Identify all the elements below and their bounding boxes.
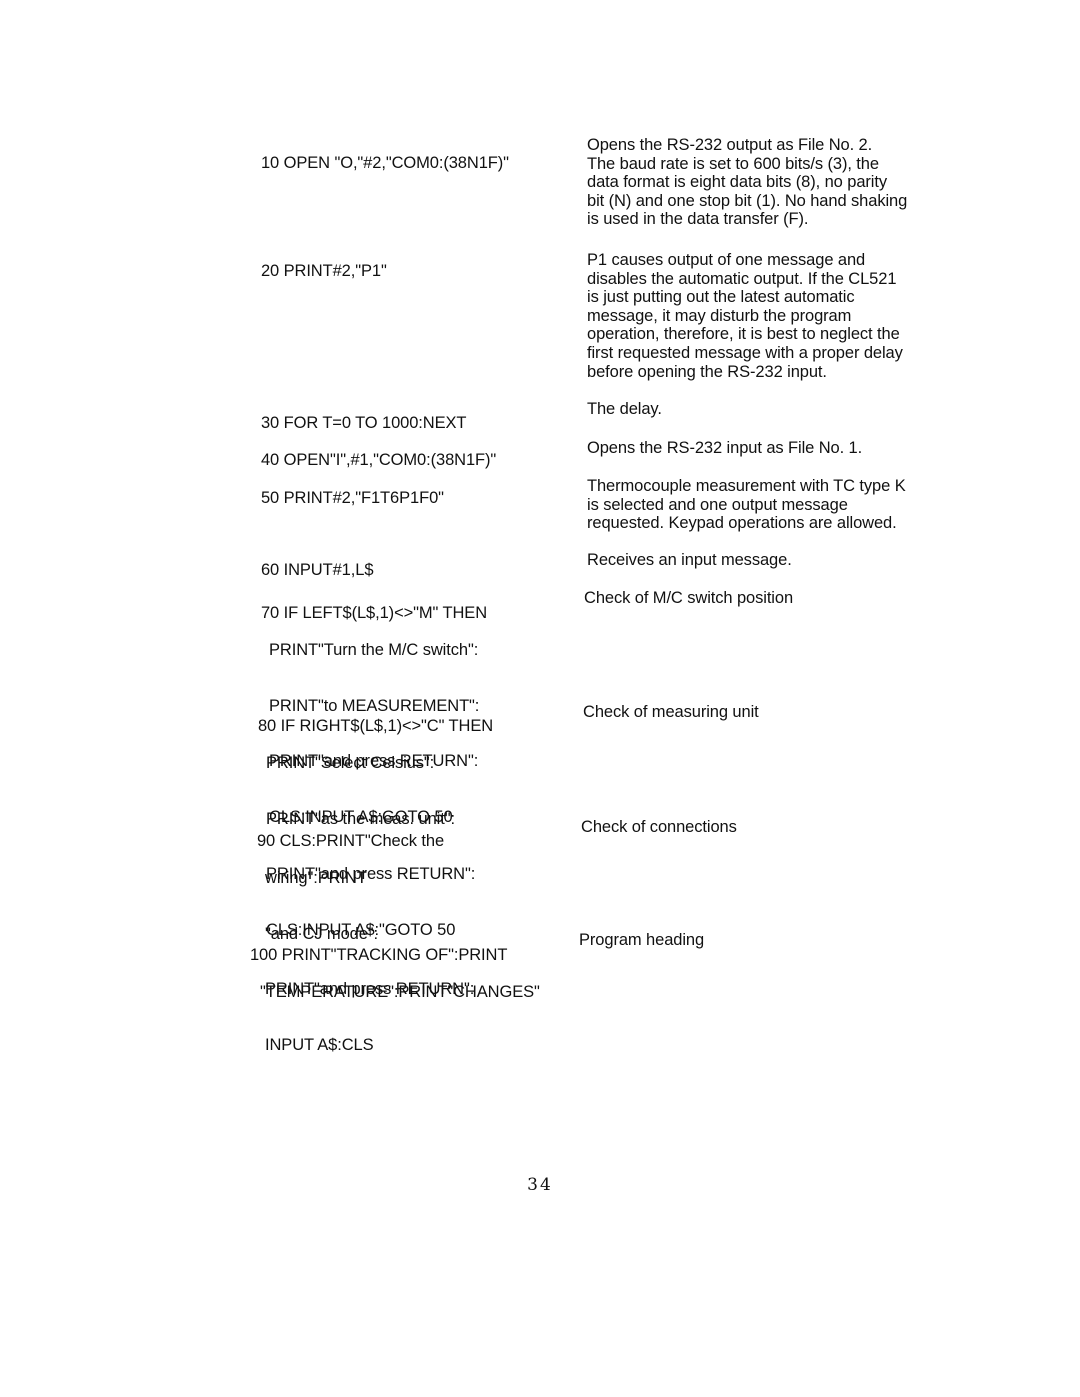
description-text: is just putting out the latest automatic bbox=[587, 288, 947, 307]
code-text: PRINT"Turn the M/C switch": bbox=[252, 641, 487, 660]
description-line-90: Check of connections bbox=[581, 818, 941, 837]
description-text: The baud rate is set to 600 bits/s (3), … bbox=[587, 155, 947, 174]
code-text: 100 PRINT"TRACKING OF":PRINT bbox=[250, 946, 507, 964]
code-text: 40 OPEN"I",#1,"COM0:(38N1F)" bbox=[261, 451, 496, 469]
description-text: is selected and one output message bbox=[587, 496, 947, 515]
description-line-70: Check of M/C switch position bbox=[584, 589, 944, 608]
description-line-40: Opens the RS-232 input as File No. 1. bbox=[587, 439, 947, 458]
code-line-30: 30 FOR T=0 TO 1000:NEXT bbox=[252, 395, 466, 432]
description-text: Check of connections bbox=[581, 818, 941, 837]
description-text: Check of M/C switch position bbox=[584, 589, 944, 608]
description-text: Opens the RS-232 output as File No. 2. bbox=[587, 136, 947, 155]
description-line-50: Thermocouple measurement with TC type K … bbox=[587, 477, 947, 533]
description-text: Receives an input message. bbox=[587, 551, 947, 570]
description-text: bit (N) and one stop bit (1). No hand sh… bbox=[587, 192, 947, 211]
description-text: operation, therefore, it is best to negl… bbox=[587, 325, 947, 344]
description-text: first requested message with a proper de… bbox=[587, 344, 947, 363]
code-text: 70 IF LEFT$(L$,1)<>"M" THEN bbox=[261, 604, 487, 622]
description-text: is used in the data transfer (F). bbox=[587, 210, 947, 229]
description-text: The delay. bbox=[587, 400, 947, 419]
code-line-60: 60 INPUT#1,L$ bbox=[252, 542, 373, 579]
code-text: INPUT A$:CLS bbox=[248, 1036, 474, 1055]
code-line-10: 10 OPEN "O,"#2,"COM0:(38N1F)" bbox=[252, 135, 509, 172]
description-line-20: P1 causes output of one message and disa… bbox=[587, 251, 947, 381]
code-line-100: 100 PRINT"TRACKING OF":PRINT "TEMPERATUR… bbox=[241, 927, 540, 1020]
description-text: Program heading bbox=[579, 931, 939, 950]
code-line-20: 20 PRINT#2,"P1" bbox=[252, 243, 387, 280]
description-text: before opening the RS-232 input. bbox=[587, 363, 947, 382]
code-text: PRINT"Select Celsius": bbox=[249, 754, 493, 773]
description-text: P1 causes output of one message and bbox=[587, 251, 947, 270]
description-text: Check of measuring unit bbox=[583, 703, 943, 722]
code-text: 50 PRINT#2,"F1T6P1F0" bbox=[261, 489, 444, 507]
description-text: data format is eight data bits (8), no p… bbox=[587, 173, 947, 192]
description-text: Opens the RS-232 input as File No. 1. bbox=[587, 439, 947, 458]
code-text: 90 CLS:PRINT"Check the bbox=[257, 832, 444, 850]
description-line-80: Check of measuring unit bbox=[583, 703, 943, 722]
description-text: message, it may disturb the program bbox=[587, 307, 947, 326]
code-text: "TEMPERATURE":PRINT"CHANGES" bbox=[241, 983, 540, 1002]
page-number: 34 bbox=[527, 1175, 553, 1195]
code-text: 60 INPUT#1,L$ bbox=[261, 561, 373, 579]
code-text: 80 IF RIGHT$(L$,1)<>"C" THEN bbox=[258, 717, 493, 735]
description-line-100: Program heading bbox=[579, 931, 939, 950]
code-text: wiring":PRINT bbox=[248, 869, 474, 888]
description-text: disables the automatic output. If the CL… bbox=[587, 270, 947, 289]
description-text: Thermocouple measurement with TC type K bbox=[587, 477, 947, 496]
description-line-30: The delay. bbox=[587, 400, 947, 419]
description-text: requested. Keypad operations are allowed… bbox=[587, 514, 947, 533]
code-text: 20 PRINT#2,"P1" bbox=[261, 262, 387, 280]
description-line-60: Receives an input message. bbox=[587, 551, 947, 570]
code-line-40: 40 OPEN"I",#1,"COM0:(38N1F)" bbox=[252, 432, 496, 469]
code-text: 10 OPEN "O,"#2,"COM0:(38N1F)" bbox=[261, 154, 509, 172]
description-line-10: Opens the RS-232 output as File No. 2. T… bbox=[587, 136, 947, 229]
code-text: 30 FOR T=0 TO 1000:NEXT bbox=[261, 414, 466, 432]
code-line-50: 50 PRINT#2,"F1T6P1F0" bbox=[252, 470, 444, 507]
